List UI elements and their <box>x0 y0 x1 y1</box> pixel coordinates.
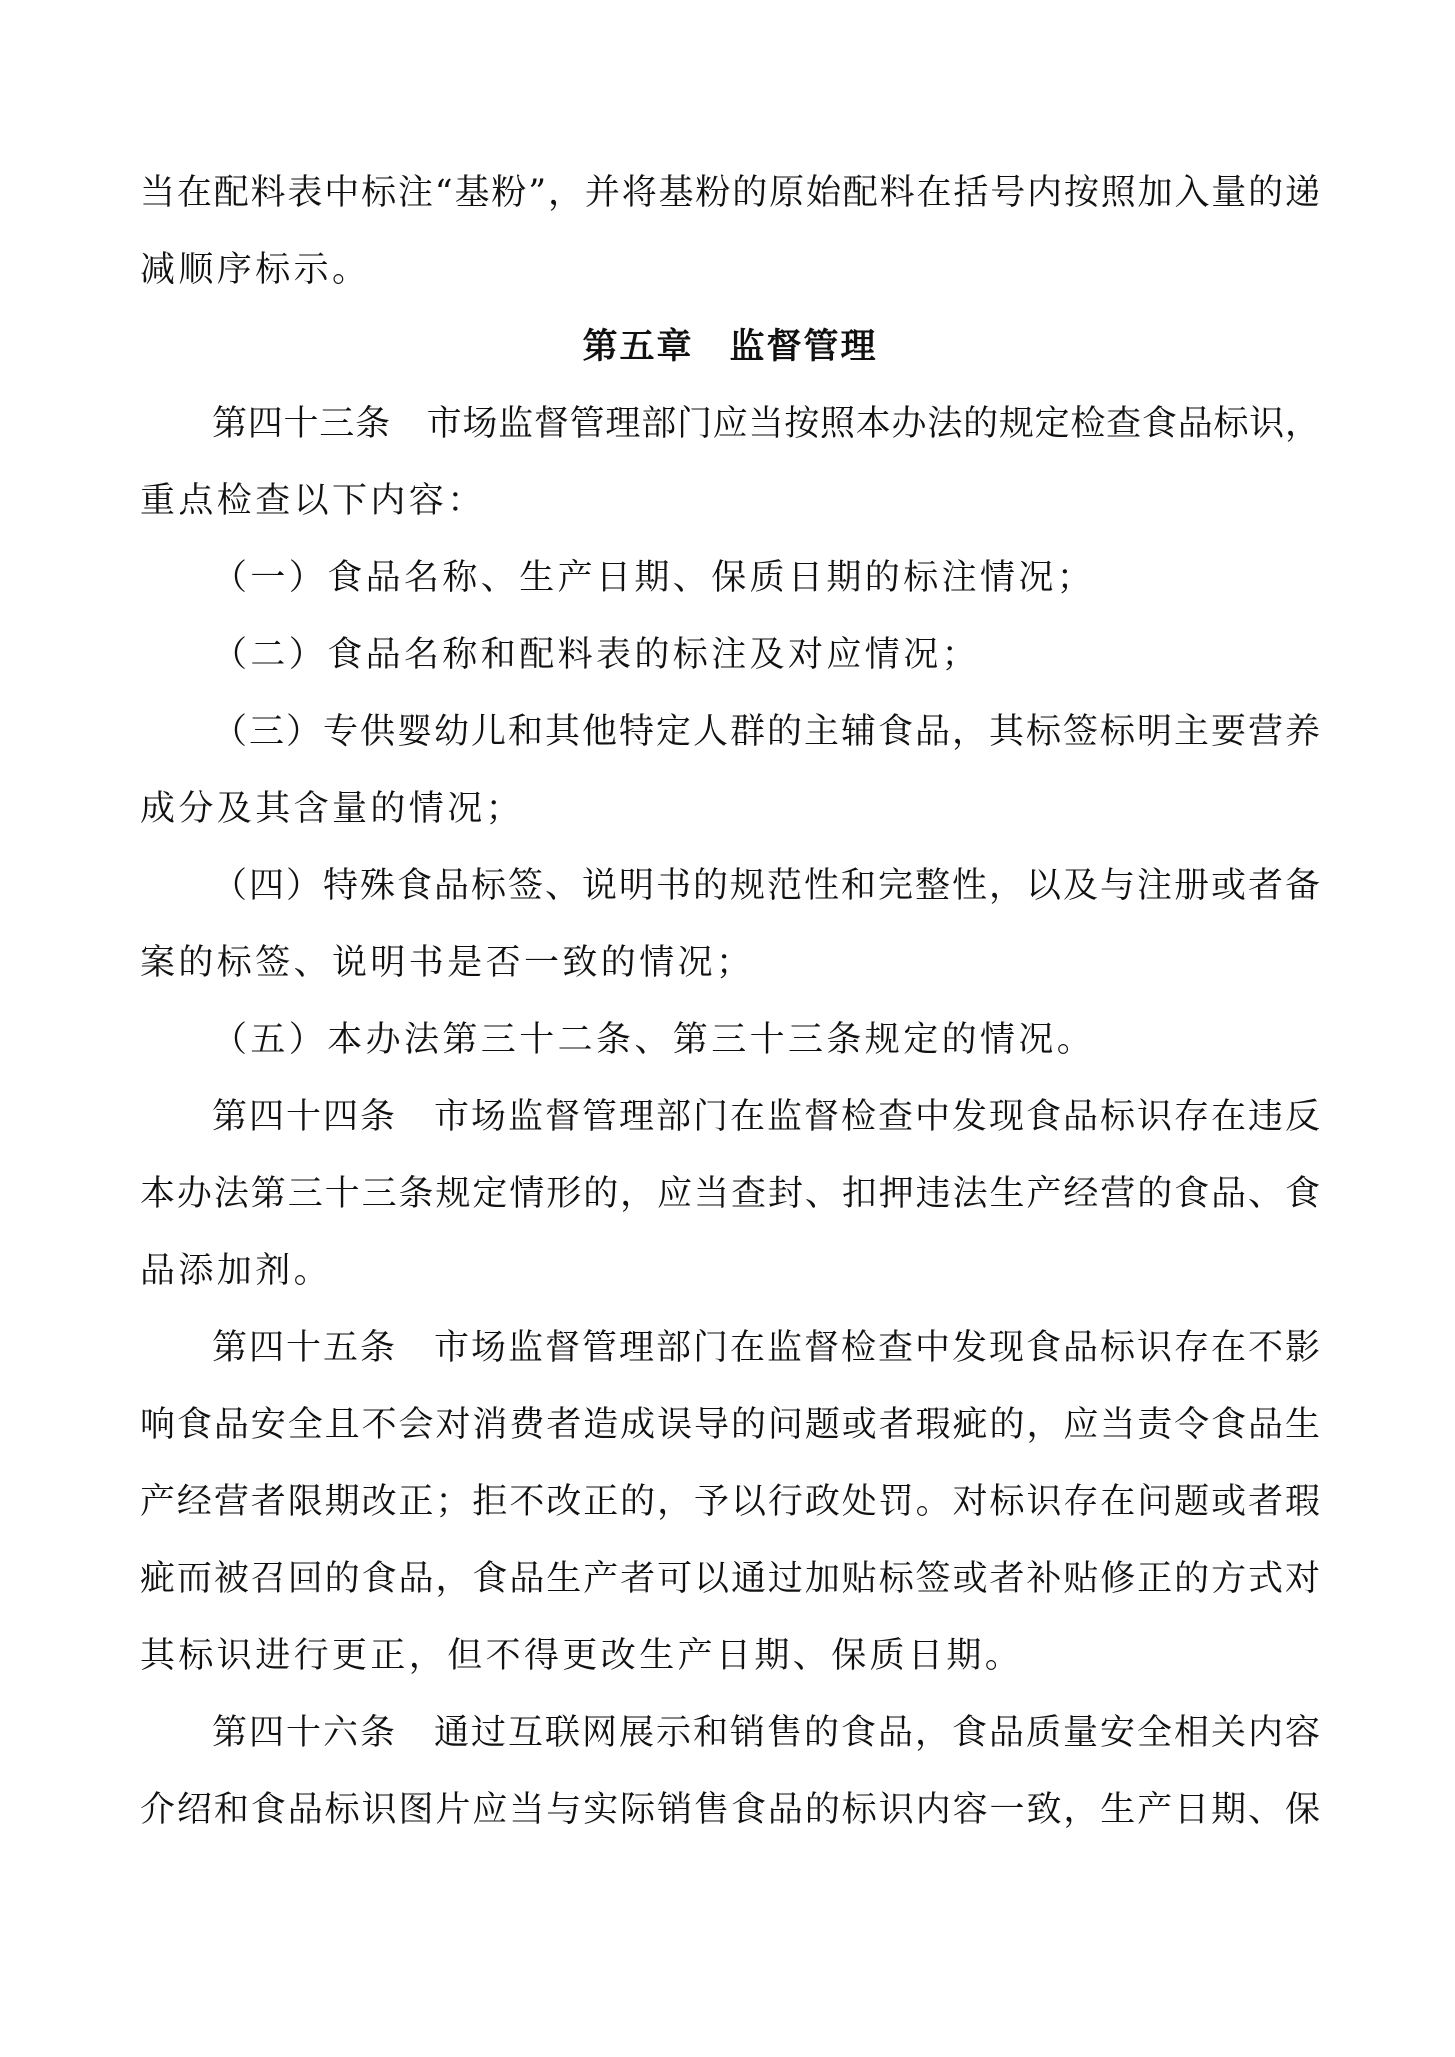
article-46-line: 第四十六条 通过互联网展示和销售的食品，食品质量安全相关内容 <box>140 1711 1320 1755</box>
article-45-line: 疵而被召回的食品，食品生产者可以通过加贴标签或者补贴修正的方式对 <box>140 1557 1320 1601</box>
article-43-line: 重点检查以下内容： <box>140 479 1320 523</box>
chapter-title: 监督管理 <box>730 327 878 367</box>
article-43-item-3: （三）专供婴幼儿和其他特定人群的主辅食品，其标签标明主要营养 <box>140 710 1320 754</box>
article-45-line: 第四十五条 市场监督管理部门在监督检查中发现食品标识存在不影 <box>140 1326 1320 1370</box>
article-43-item-2: （二）食品名称和配料表的标注及对应情况； <box>140 633 1320 677</box>
chapter-number: 第五章 <box>582 327 693 367</box>
article-45-line: 响食品安全且不会对消费者造成误导的问题或者瑕疵的，应当责令食品生 <box>140 1403 1320 1447</box>
article-43-item-5: （五）本办法第三十二条、第三十三条规定的情况。 <box>140 1018 1320 1062</box>
article-44-line: 第四十四条 市场监督管理部门在监督检查中发现食品标识存在违反 <box>140 1095 1320 1139</box>
article-43-item-1: （一）食品名称、生产日期、保质日期的标注情况； <box>140 556 1320 600</box>
chapter-heading: 第五章监督管理 <box>140 325 1320 369</box>
article-43-item-4-cont: 案的标签、说明书是否一致的情况； <box>140 941 1320 985</box>
article-46-line: 介绍和食品标识图片应当与实际销售食品的标识内容一致，生产日期、保 <box>140 1788 1320 1832</box>
paragraph-line: 减顺序标示。 <box>140 248 1320 292</box>
paragraph-line: 当在配料表中标注“基粉”，并将基粉的原始配料在括号内按照加入量的递 <box>140 171 1320 215</box>
article-44-line: 品添加剂。 <box>140 1249 1320 1293</box>
article-43-line: 第四十三条 市场监督管理部门应当按照本办法的规定检查食品标识， <box>140 402 1320 446</box>
article-45-line: 产经营者限期改正；拒不改正的，予以行政处罚。对标识存在问题或者瑕 <box>140 1480 1320 1524</box>
article-45-line: 其标识进行更正，但不得更改生产日期、保质日期。 <box>140 1634 1320 1678</box>
article-43-item-4: （四）特殊食品标签、说明书的规范性和完整性，以及与注册或者备 <box>140 864 1320 908</box>
article-44-line: 本办法第三十三条规定情形的，应当查封、扣押违法生产经营的食品、食 <box>140 1172 1320 1216</box>
article-43-item-3-cont: 成分及其含量的情况； <box>140 787 1320 831</box>
